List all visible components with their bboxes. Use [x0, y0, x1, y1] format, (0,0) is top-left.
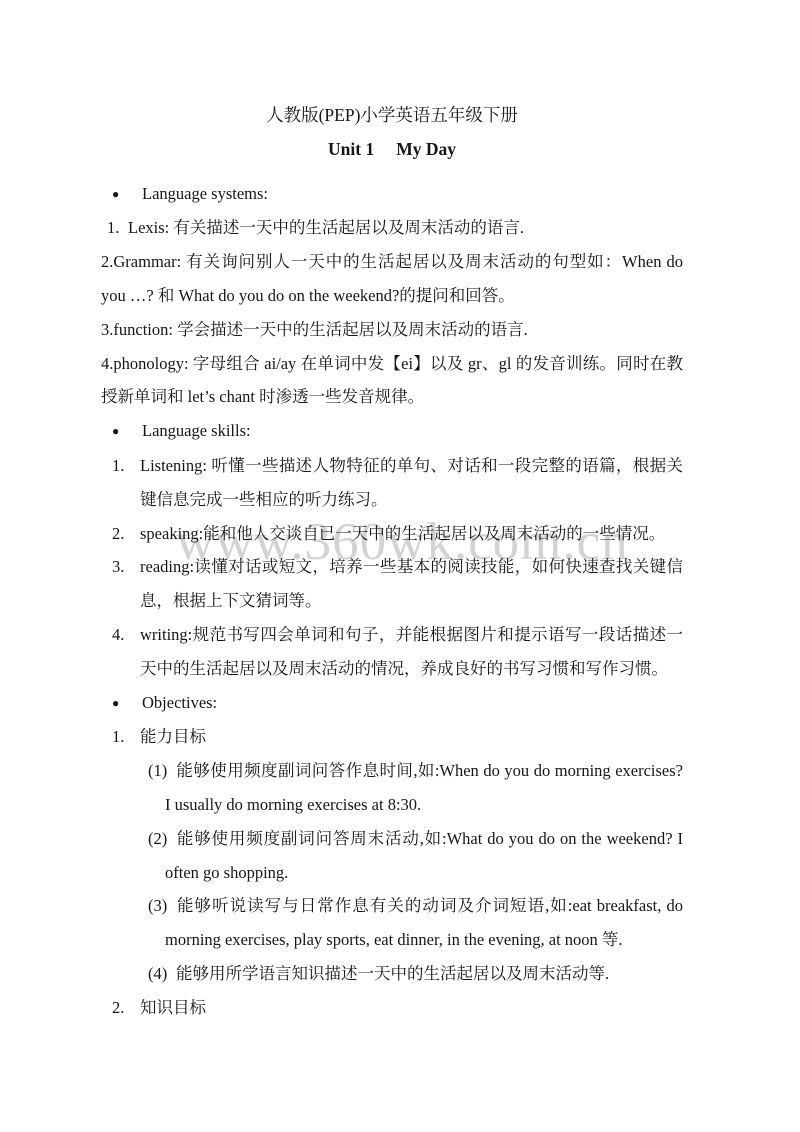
- list-item-knowledge-goal: 2.知识目标: [101, 991, 683, 1025]
- unit-name: My Day: [396, 139, 456, 159]
- list-marker: 3.: [112, 550, 140, 584]
- bullet-icon: ●: [112, 687, 142, 721]
- list-marker: 1.: [112, 449, 140, 483]
- section-heading-label: Objectives:: [142, 693, 217, 712]
- list-item-text: 知识目标: [140, 998, 206, 1017]
- list-item-writing: 4.writing:规范书写四会单词和句子，并能根据图片和提示语写一段话描述一天…: [101, 618, 683, 686]
- sub-item-2: (2)能够使用频度副词问答周末活动,如:What do you do on th…: [101, 822, 683, 890]
- section-heading-objectives: ●Objectives:: [101, 686, 683, 721]
- sub-item-text: 能够使用频度副词问答作息时间,如:When do you do morning …: [165, 761, 683, 814]
- unit-heading: Unit 1My Day: [101, 133, 683, 167]
- list-item-text: speaking:能和他人交谈自已一天中的生活起居以及周末活动的一些情况。: [140, 524, 665, 543]
- sub-item-marker: (4): [148, 957, 172, 991]
- sub-item-4: (4)能够用所学语言知识描述一天中的生活起居以及周末活动等.: [101, 957, 683, 991]
- section-heading-language-skills: ●Language skills:: [101, 414, 683, 449]
- unit-number: Unit 1: [328, 139, 374, 159]
- sub-item-text: 能够使用频度副词问答周末活动,如:What do you do on the w…: [165, 829, 683, 882]
- document-content: 人教版(PEP)小学英语五年级下册 Unit 1My Day ●Language…: [101, 99, 683, 1025]
- list-item-text: writing:规范书写四会单词和句子，并能根据图片和提示语写一段话描述一天中的…: [140, 625, 683, 678]
- list-marker: 4.: [112, 618, 140, 652]
- sub-item-marker: (3): [148, 889, 172, 923]
- list-item-text: Lexis: 有关描述一天中的生活起居以及周末活动的语言.: [128, 218, 524, 237]
- paragraph-phonology: 4.phonology: 字母组合 ai/ay 在单词中发【ei】以及 gr、g…: [101, 347, 683, 415]
- list-item-text: 能力目标: [140, 727, 206, 746]
- bullet-icon: ●: [112, 178, 142, 212]
- section-heading-label: Language skills:: [142, 421, 251, 440]
- paragraph-grammar: 2.Grammar: 有关询问别人一天中的生活起居以及周末活动的句型如：When…: [101, 245, 683, 313]
- sub-item-3: (3)能够听说读写与日常作息有关的动词及介词短语,如:eat breakfast…: [101, 889, 683, 957]
- sub-item-marker: (2): [148, 822, 172, 856]
- list-marker: 1.: [112, 720, 140, 754]
- document-page: www.360wk.com.cn 人教版(PEP)小学英语五年级下册 Unit …: [0, 0, 800, 1132]
- page-title: 人教版(PEP)小学英语五年级下册: [101, 99, 683, 133]
- list-item-lexis: 1.Lexis: 有关描述一天中的生活起居以及周末活动的语言.: [101, 211, 683, 245]
- list-item-text: Listening: 听懂一些描述人物特征的单句、对话和一段完整的语篇，根据关键…: [140, 456, 683, 509]
- sub-item-marker: (1): [148, 754, 172, 788]
- list-marker: 2.: [112, 517, 140, 551]
- paragraph-function: 3.function: 学会描述一天中的生活起居以及周末活动的语言.: [101, 313, 683, 347]
- list-item-listening: 1.Listening: 听懂一些描述人物特征的单句、对话和一段完整的语篇，根据…: [101, 449, 683, 517]
- list-item-reading: 3.reading:读懂对话或短文，培养一些基本的阅读技能，如何快速查找关键信息…: [101, 550, 683, 618]
- sub-item-text: 能够听说读写与日常作息有关的动词及介词短语,如:eat breakfast, d…: [165, 896, 683, 949]
- list-item-speaking: 2.speaking:能和他人交谈自已一天中的生活起居以及周末活动的一些情况。: [101, 517, 683, 551]
- sub-item-1: (1)能够使用频度副词问答作息时间,如:When do you do morni…: [101, 754, 683, 822]
- list-marker: 2.: [112, 991, 140, 1025]
- list-item-text: reading:读懂对话或短文，培养一些基本的阅读技能，如何快速查找关键信息，根…: [140, 557, 683, 610]
- sub-item-text: 能够用所学语言知识描述一天中的生活起居以及周末活动等.: [176, 964, 609, 983]
- section-heading-label: Language systems:: [142, 184, 268, 203]
- bullet-icon: ●: [112, 415, 142, 449]
- list-item-ability-goal: 1.能力目标: [101, 720, 683, 754]
- section-heading-language-systems: ●Language systems:: [101, 177, 683, 212]
- list-marker: 1.: [107, 211, 128, 245]
